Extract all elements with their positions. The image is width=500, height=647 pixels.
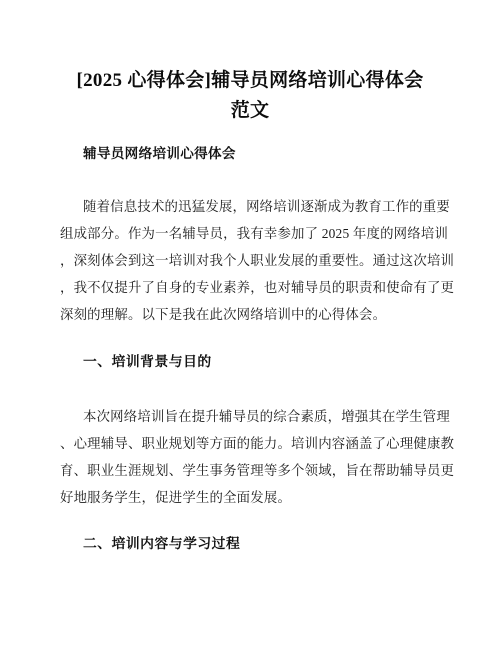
paragraph-line: 深刻的理解。以下是我在此次网络培训中的心得体会。: [60, 301, 450, 328]
document-page: [2025 心得体会]辅导员网络培训心得体会 范文 辅导员网络培训心得体会 随着…: [0, 0, 500, 647]
paragraph-line: 好地服务学生，促进学生的全面发展。: [60, 484, 450, 511]
document-title-line-2: 范文: [231, 100, 270, 121]
paragraph-line: ，深刻体会到这一培训对我个人职业发展的重要性。通过这次培训: [60, 247, 450, 274]
document-title: [2025 心得体会]辅导员网络培训心得体会 范文: [42, 66, 458, 126]
document-subtitle: 辅导员网络培训心得体会: [83, 144, 236, 164]
section-heading-2: 二、培训内容与学习过程: [83, 534, 240, 554]
section-heading-1: 一、培训背景与目的: [83, 352, 212, 372]
intro-paragraph: 随着信息技术的迅猛发展，网络培训逐渐成为教育工作的重要 组成部分。作为一名辅导员…: [60, 193, 450, 328]
paragraph-line: 随着信息技术的迅猛发展，网络培训逐渐成为教育工作的重要: [60, 193, 450, 220]
section-1-paragraph: 本次网络培训旨在提升辅导员的综合素质，增强其在学生管理 、心理辅导、职业规划等方…: [60, 403, 450, 511]
paragraph-line: 组成部分。作为一名辅导员，我有幸参加了 2025 年度的网络培训: [60, 220, 450, 247]
paragraph-line: 、心理辅导、职业规划等方面的能力。培训内容涵盖了心理健康教: [60, 430, 450, 457]
document-title-line-1: [2025 心得体会]辅导员网络培训心得体会: [76, 70, 423, 91]
paragraph-line: 本次网络培训旨在提升辅导员的综合素质，增强其在学生管理: [60, 403, 450, 430]
paragraph-line: 育、职业生涯规划、学生事务管理等多个领域，旨在帮助辅导员更: [60, 457, 450, 484]
paragraph-line: ，我不仅提升了自身的专业素养，也对辅导员的职责和使命有了更: [60, 274, 450, 301]
